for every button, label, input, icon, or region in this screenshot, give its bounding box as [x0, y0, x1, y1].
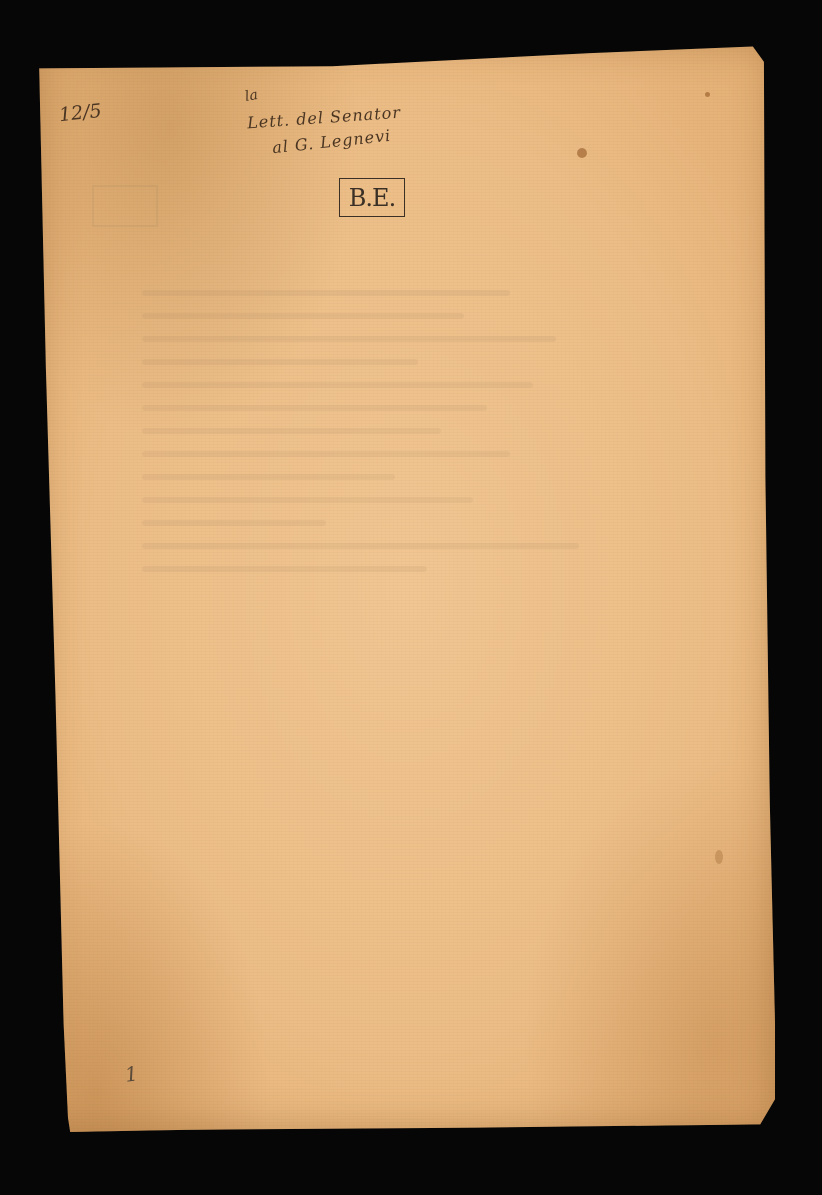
foxing-spot [705, 92, 710, 97]
handwritten-note-line1: la [244, 87, 259, 105]
library-stamp: B.E. [339, 178, 405, 217]
foxing-spot [715, 850, 723, 864]
foxing-spot [577, 148, 587, 158]
scan-canvas: 12/5 la Lett. del Senator al G. Legnevi … [0, 0, 822, 1195]
foliation-number: 1 [123, 1061, 139, 1087]
bleed-through-stamp [92, 185, 158, 227]
paper-leaf: 12/5 la Lett. del Senator al G. Legnevi … [37, 40, 775, 1132]
handwritten-note-line3: al G. Legnevi [271, 126, 392, 157]
bleed-through-text [142, 290, 602, 589]
shelfmark-annotation: 12/5 [58, 100, 103, 126]
